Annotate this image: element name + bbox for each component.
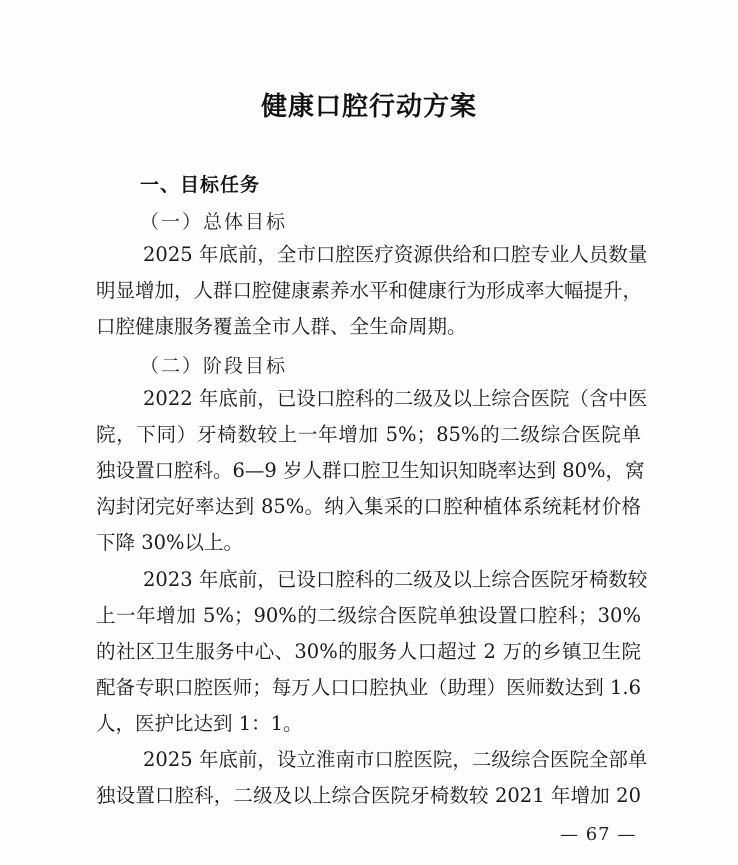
paragraph-line: 上一年增加 5%；90%的二级综合医院单独设置口腔科；30% bbox=[96, 601, 641, 631]
paragraph-line: 2025 年底前，设立淮南市口腔医院，二级综合医院全部单 bbox=[143, 745, 641, 775]
paragraph-line: 配备专职口腔医师；每万人口口腔执业（助理）医师数达到 1.6 bbox=[96, 673, 641, 703]
paragraph-line: 明显增加，人群口腔健康素养水平和健康行为形成率大幅提升， bbox=[96, 276, 641, 306]
paragraph-line: 的社区卫生服务中心、30%的服务人口超过 2 万的乡镇卫生院 bbox=[96, 637, 641, 667]
paragraph-line: 沟封闭完好率达到 85%。纳入集采的口腔种植体系统耗材价格 bbox=[96, 492, 641, 522]
subsection-heading-stage-goal: （二）阶段目标 bbox=[140, 351, 287, 378]
paragraph-line: 下降 30%以上。 bbox=[96, 528, 641, 558]
page-number: — 67 — bbox=[560, 824, 636, 845]
paragraph-line: 院，下同）牙椅数较上一年增加 5%；85%的二级综合医院单 bbox=[96, 420, 641, 450]
paragraph-line: 独设置口腔科，二级及以上综合医院牙椅数较 2021 年增加 20 bbox=[96, 781, 641, 811]
document-page: 健康口腔行动方案 一、目标任务 （一）总体目标 2025 年底前，全市口腔医疗资… bbox=[0, 0, 738, 865]
subsection-heading-overall-goal: （一）总体目标 bbox=[140, 207, 287, 234]
paragraph-line: 2025 年底前，全市口腔医疗资源供给和口腔专业人员数量 bbox=[143, 240, 641, 270]
paragraph-line: 口腔健康服务覆盖全市人群、全生命周期。 bbox=[96, 312, 641, 342]
document-title: 健康口腔行动方案 bbox=[0, 86, 738, 123]
paragraph-line: 独设置口腔科。6—9 岁人群口腔卫生知识知晓率达到 80%，窝 bbox=[96, 456, 641, 486]
paragraph-line: 人，医护比达到 1：1。 bbox=[96, 709, 641, 739]
section-heading-goals-tasks: 一、目标任务 bbox=[140, 170, 260, 197]
paragraph-line: 2023 年底前，已设口腔科的二级及以上综合医院牙椅数较 bbox=[143, 565, 641, 595]
paragraph-line: 2022 年底前，已设口腔科的二级及以上综合医院（含中医 bbox=[143, 384, 641, 414]
